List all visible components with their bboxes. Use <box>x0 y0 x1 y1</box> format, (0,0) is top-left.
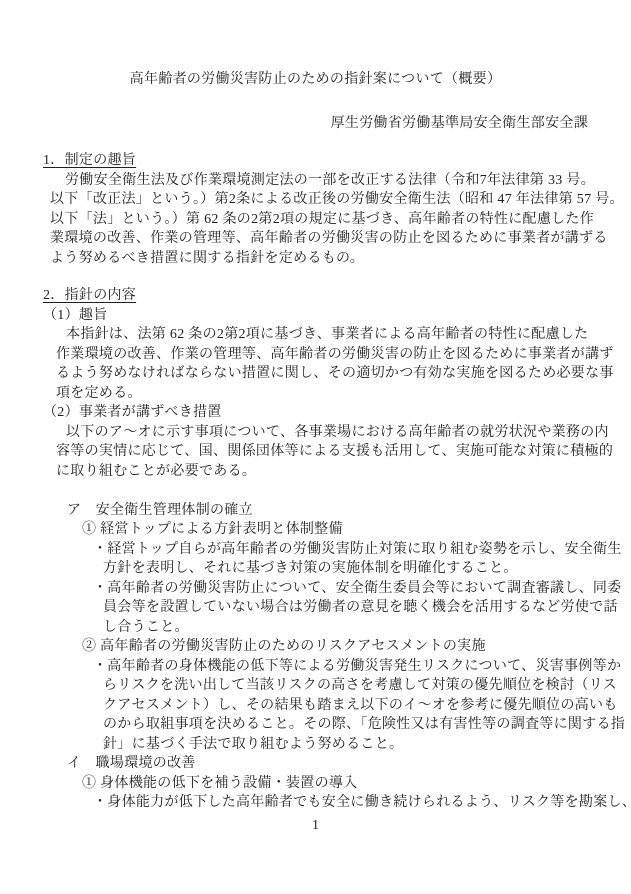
subsection-heading: （2）事業者が講ずべき措置 <box>43 403 588 423</box>
section-heading-2: 2．指針の内容 <box>43 286 588 306</box>
list-item-circled: ② 高年齢者の労働災害防止のためのリスクアセスメントの実施 <box>82 637 588 657</box>
body-line: 容等の実情に応じて、国、関係団体等による支援も活用して、実施可能な対策に積極的 <box>56 442 588 462</box>
bullet-continuation: 員会等を設置していない場合は労働者の意見を聴く機会を活用するなど労使で話 <box>103 598 588 618</box>
list-item-circled: ① 経営トップによる方針表明と体制整備 <box>82 520 588 540</box>
list-item-circled: ① 身体機能の低下を補う設備・装置の導入 <box>82 774 588 794</box>
body-line: に取り組むことが必要である。 <box>56 462 588 482</box>
body-line: 本指針は、法第 62 条の2第2項に基づき、事業者による高年齢者の特性に配慮した <box>66 325 588 345</box>
body-line: 項を定める。 <box>56 384 588 404</box>
document-title: 高年齢者の労働災害防止のための指針案について（概要） <box>43 70 588 90</box>
body-line: 労働安全衛生法及び作業環境測定法の一部を改正する法律（令和7年法律第 33 号。 <box>65 171 588 191</box>
body-line: 作業環境の改善、作業の管理等、高年齢者の労働災害の防止を図るために事業者が講ず <box>56 345 588 365</box>
bullet-continuation: クアセスメント）し、その結果も踏まえ以下のイ～オを参考に優先順位の高いも <box>103 696 588 716</box>
bullet-continuation: のから取組事項を決めること。その際、「危険性又は有害性等の調査等に関する指 <box>103 715 588 735</box>
bullet-continuation: 針」に基づく手法で取り組むよう努めること。 <box>103 735 588 755</box>
body-line: 以下のア～オに示す事項について、各事業場における高年齢者の就労状況や業務の内 <box>66 423 588 443</box>
bullet-line: ・身体能力が低下した高年齢者でも安全に働き続けられるよう、リスク等を勘案し、 <box>93 793 588 813</box>
blank-line <box>43 481 588 501</box>
body-line: 以下「法」という。）第 62 条の2第2項の規定に基づき、高年齢者の特性に配慮し… <box>50 210 588 230</box>
section-heading-1: 1．制定の趣旨 <box>43 151 588 171</box>
department-line: 厚生労働省労働基準局安全衛生部安全課 <box>43 114 588 134</box>
body-line: るよう努めなければならない措置に関し、その適切かつ有効な実施を図るため必要な事 <box>56 364 588 384</box>
body-line: 業環境の改善、作業の管理等、高年齢者の労働災害の防止を図るために事業者が講ずる <box>50 229 588 249</box>
list-item-katakana: ア 安全衛生管理体制の確立 <box>67 501 588 521</box>
subsection-heading: （1）趣旨 <box>43 306 588 326</box>
bullet-line: ・経営トップ自らが高年齢者の労働災害防止対策に取り組む姿勢を示し、安全衛生 <box>93 540 588 560</box>
document-page: 高年齢者の労働災害防止のための指針案について（概要）厚生労働省労働基準局安全衛生… <box>0 0 631 894</box>
list-item-katakana: イ 職場環境の改善 <box>67 754 588 774</box>
body-line: よう努めるべき措置に関する指針を定めるもの。 <box>50 249 588 269</box>
page-number: 1 <box>43 816 588 836</box>
bullet-continuation: 方針を表明し、それに基づき対策の実施体制を明確化すること。 <box>103 559 588 579</box>
bullet-line: ・高年齢者の労働災害防止について、安全衛生委員会等において調査審議し、同委 <box>93 579 588 599</box>
body-line: 以下「改正法」という。）第2条による改正後の労働安全衛生法（昭和 47 年法律第… <box>50 190 588 210</box>
bullet-continuation: らリスクを洗い出して当該リスクの高さを考慮して対策の優先順位を検討（リス <box>103 676 588 696</box>
bullet-continuation: し合うこと。 <box>103 618 588 638</box>
bullet-line: ・高年齢者の身体機能の低下等による労働災害発生リスクについて、災害事例等か <box>93 657 588 677</box>
